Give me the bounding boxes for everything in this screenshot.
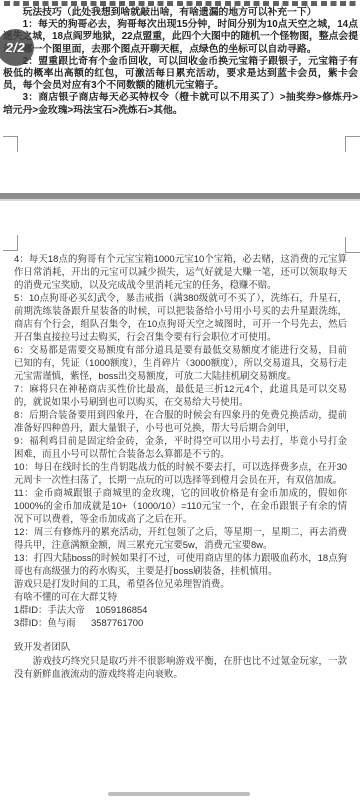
page2-paragraphs: 4：每天18点的狗哥有个元宝宝箱1000元宝10个宝箱，必去赌，这消费的元宝算作… [14,252,347,629]
paragraph: 12：周三有修炼丹的累充活动，开红包领了之后，等星期一，星期二，再去消费得兵甲，… [14,525,347,551]
corner-mark-top-right [345,136,360,152]
paragraph: 9：福利鸡目前是固定给金砖，金条，平时得空可以用小号去打，毕竟小号打金困难，而且… [14,434,347,460]
paragraph: 1：每天的狗哥必去，狗哥每次出现15分钟，时间分别为10点天空之城，14点迷失之… [3,19,358,56]
paragraph: 5：10点狗哥必买幻武令，暴击戒指（满380级就可不买了），洗练石，升星石，前期… [14,291,347,343]
paragraph: 7：麻将只在神秘商店买性价比最高，最低是三折12元4个，此道具是可以交易的，就说… [14,382,347,408]
paragraph: 3群ID：鱼与雨 3587761700 [14,616,347,629]
page-separator-bar [0,193,360,201]
home-indicator[interactable] [108,792,250,796]
paragraph: 11：金币商城跟银子商城里的金玫瑰，它的回收价格是有金币加成的，假如你1000%… [14,486,347,525]
paragraph: 有啥不懂的可在大群艾特 [14,590,347,603]
paragraph: 6：交易都是需要交易额度有部分道具是要有最低交易额度才能进行交易，目前已知的有，… [14,343,347,382]
paragraph: 4：每天18点的狗哥有个元宝宝箱1000元宝10个宝箱，必去赌，这消费的元宝算作… [14,252,347,291]
developer-note: 致开发者团队 游戏技巧终究只是取巧并不很影响游戏平衡，在肝也比不过氪金玩家，一款… [14,640,347,681]
developer-note-body: 游戏技巧终究只是取巧并不很影响游戏平衡，在肝也比不过氪金玩家，一款没有新鲜血液流… [14,654,347,681]
image-viewer-screen[interactable]: 玩法技巧（此处我想到啥就敲出啥，有啥遗漏的地方可以补充一下）1：每天的狗哥必去，… [0,0,360,800]
developer-note-title: 致开发者团队 [14,640,347,654]
paragraph: 3：商店银子商店每天必买特权令（橙卡就可以不用买了）>抽奖券>修炼丹>培元丹>金… [3,92,358,116]
clipped-text-line [4,1,356,6]
corner-mark-bottom-right [345,237,360,253]
paragraph: 13：打四大陆boss的时候如果打不过，可使用商店里的体力跟吸血药水，18点狗哥… [14,551,347,577]
paragraph: 玩法技巧（此处我想到啥就敲出啥，有啥遗漏的地方可以补充一下） [3,7,358,19]
paragraph: 2：盟重跟比奇有个金币回收，可以回收金币换元宝箱子跟银子，元宝箱子有极低的概率出… [3,56,358,93]
corner-mark-bottom-left [3,235,18,251]
paragraph: 1群ID：手法大帝 1059186854 [14,603,347,616]
paragraph: 10：每日在线时长的生肖钥匙战力低的时候不要去打，可以选择费多点，在开30元周卡… [14,460,347,486]
page-indicator-label: 2/2 [6,40,26,55]
paragraph: 游戏只是打发时间的工具，希望各位兄弟理智消费。 [14,577,347,590]
paragraph: 8：后期合装备要用到四象丹，在合服的时候会有四象丹的免费兑换活动，提前准备好四种… [14,408,347,434]
page1-paragraphs: 玩法技巧（此处我想到啥就敲出啥，有啥遗漏的地方可以补充一下）1：每天的狗哥必去，… [3,7,358,117]
corner-mark-top-left [3,136,18,152]
